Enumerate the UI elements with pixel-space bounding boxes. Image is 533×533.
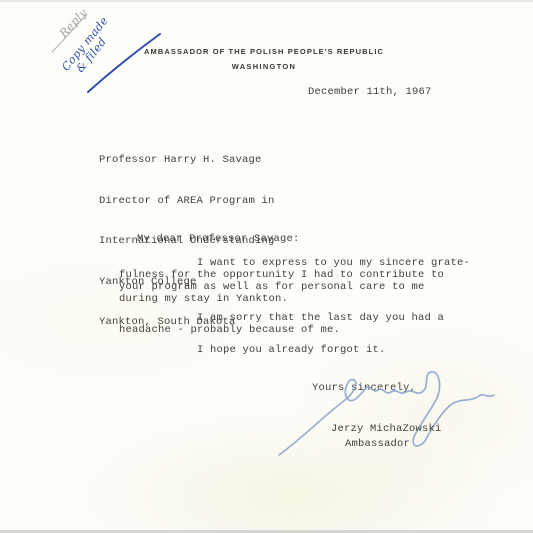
signer-typed-title: Ambassador <box>345 438 410 450</box>
scanned-letter-page: Reply Copy made & filed AMBASSADOR OF TH… <box>0 0 533 533</box>
signer-typed-name: Jerzy MichaZowski <box>331 423 442 435</box>
recipient-name: Professor Harry H. Savage <box>99 154 275 168</box>
letterhead-city: WASHINGTON <box>0 62 528 71</box>
letterhead-title: AMBASSADOR OF THE POLISH PEOPLE'S REPUBL… <box>0 47 528 56</box>
date-line: December 11th, 1967 <box>308 86 432 98</box>
recipient-role-line1: Director of AREA Program in <box>99 195 275 209</box>
scan-edge-top <box>0 0 533 2</box>
salutation: My dear Professor Savage: <box>137 233 300 245</box>
body-paragraph-2: I am sorry that the last day you had a h… <box>119 312 444 336</box>
body-paragraph-3: I hope you already forgot it. <box>119 344 386 356</box>
body-paragraph-1: I want to express to you my sincere grat… <box>119 257 470 305</box>
